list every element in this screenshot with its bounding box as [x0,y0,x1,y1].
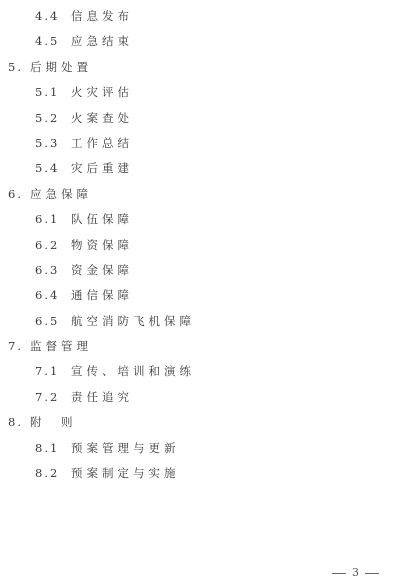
chapter-number: 5. [8,57,30,77]
section-title: 火案查处 [71,108,133,128]
section-title: 队伍保障 [71,209,133,229]
toc-entry-4-5: 4.5应急结束 [0,31,396,56]
chapter-title: 附 则 [30,412,77,432]
toc-entry-5-2: 5.2火案查处 [0,108,396,133]
section-number: 5.1 [35,82,71,102]
toc-entry-6-3: 6.3资金保障 [0,260,396,285]
section-title: 物资保障 [71,235,133,255]
section-title: 资金保障 [71,260,133,280]
toc-chapter-7: 7.监督管理 [0,336,396,361]
section-title: 灾后重建 [71,158,133,178]
section-title: 火灾评估 [71,82,133,102]
toc-entry-5-3: 5.3工作总结 [0,133,396,158]
section-title: 责任追究 [71,387,133,407]
toc-entry-5-4: 5.4灾后重建 [0,158,396,183]
footer-dash-right [365,573,379,574]
chapter-number: 8. [8,412,30,432]
section-title: 预案制定与实施 [71,463,180,483]
table-of-contents: 4.4信息发布 4.5应急结束 5.后期处置 5.1火灾评估 5.2火案查处 5… [0,6,396,488]
page-number: 3 [352,566,359,579]
section-number: 7.2 [35,387,71,407]
section-number: 5.4 [35,158,71,178]
chapter-title: 应急保障 [30,184,92,204]
toc-entry-6-2: 6.2物资保障 [0,235,396,260]
page-footer: 3 [326,566,385,579]
section-number: 8.2 [35,463,71,483]
section-title: 应急结束 [71,31,133,51]
toc-entry-5-1: 5.1火灾评估 [0,82,396,107]
chapter-title: 监督管理 [30,336,92,356]
section-number: 7.1 [35,361,71,381]
toc-entry-6-1: 6.1队伍保障 [0,209,396,234]
toc-chapter-5: 5.后期处置 [0,57,396,82]
chapter-title: 后期处置 [30,57,92,77]
section-number: 4.5 [35,31,71,51]
section-title: 工作总结 [71,133,133,153]
section-number: 4.4 [35,6,71,26]
section-title: 通信保障 [71,285,133,305]
toc-entry-4-4: 4.4信息发布 [0,6,396,31]
chapter-number: 6. [8,184,30,204]
section-title: 宣传、培训和演练 [71,361,195,381]
toc-chapter-6: 6.应急保障 [0,184,396,209]
section-number: 6.1 [35,209,71,229]
section-title: 信息发布 [71,6,133,26]
toc-entry-8-2: 8.2预案制定与实施 [0,463,396,488]
toc-entry-8-1: 8.1预案管理与更新 [0,438,396,463]
section-number: 6.3 [35,260,71,280]
toc-chapter-8: 8.附 则 [0,412,396,437]
section-title: 预案管理与更新 [71,438,180,458]
section-number: 5.2 [35,108,71,128]
section-number: 5.3 [35,133,71,153]
section-number: 8.1 [35,438,71,458]
toc-entry-7-2: 7.2责任追究 [0,387,396,412]
section-number: 6.5 [35,311,71,331]
chapter-number: 7. [8,336,30,356]
toc-entry-6-4: 6.4通信保障 [0,285,396,310]
footer-dash-left [332,573,346,574]
section-number: 6.4 [35,285,71,305]
toc-entry-7-1: 7.1宣传、培训和演练 [0,361,396,386]
section-title: 航空消防飞机保障 [71,311,195,331]
section-number: 6.2 [35,235,71,255]
toc-entry-6-5: 6.5航空消防飞机保障 [0,311,396,336]
